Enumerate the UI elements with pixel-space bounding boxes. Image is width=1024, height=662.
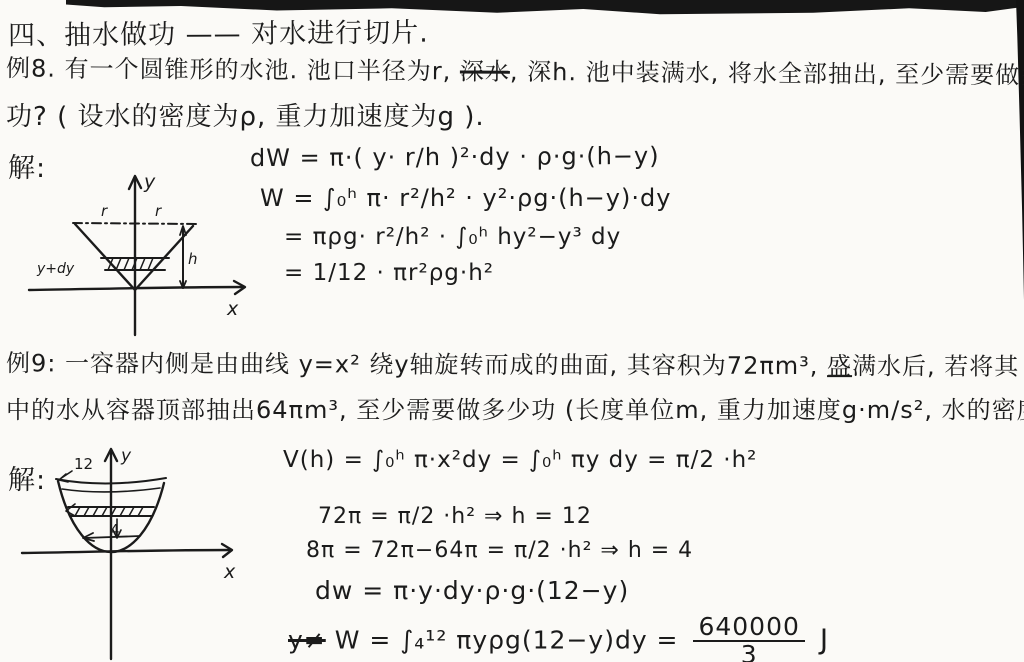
bowl-x-axis-label: x — [223, 561, 236, 583]
notebook-page: 四、抽水做功 —— 对水进行切片. 例8. 有一个圆锥形的水池. 池口半径为r,… — [0, 0, 1024, 662]
example8-problem-line1-post: , 深h. 池中装满水, 将水全部抽出, 至少需要做多少 — [510, 58, 1024, 90]
example9-problem-line1: 例9: 一容器内侧是由曲线 y=x² 绕y轴旋转而成的曲面, 其容积为72πm³… — [6, 343, 1019, 382]
example9-equation-3: 8π = 72π−64π = π/2 ·h² ⇒ h = 4 — [306, 538, 693, 563]
example8-equation-4: = 1/12 · πr²ρg·h² — [284, 260, 494, 286]
fraction-denominator: 3 — [693, 642, 804, 662]
example9-final-equation: y≠ W = ∫₄¹² πyρg(12−y)dy = 6400003 J — [288, 614, 829, 662]
example8-problem-line1: 例8. 有一个圆锥形的水池. 池口半径为r, 深水, 深h. 池中装满水, 将水… — [6, 48, 1024, 90]
example9-equation-2: 72π = π/2 ·h² ⇒ h = 12 — [318, 504, 592, 529]
example8-equation-1: dW = π·( y· r/h )²·dy · ρ·g·(h−y) — [250, 142, 660, 172]
example9-problem-line1-pre: 例9: 一容器内侧是由曲线 y=x² 绕y轴旋转而成的曲面, 其容积为72πm³… — [6, 349, 827, 380]
example8-problem-line1-pre: 例8. 有一个圆锥形的水池. 池口半径为r, — [6, 54, 460, 85]
cone-y-axis-label: y — [143, 171, 156, 193]
cone-rim-line — [73, 223, 197, 224]
bowl-slice-left-arrow — [66, 504, 75, 516]
example8-equation-2: W = ∫₀ʰ π· r²/h² · y²·ρg·(h−y)·dy — [260, 184, 671, 212]
example9-underlined-char: 盛 — [827, 352, 852, 380]
cone-rim-right-label: r — [155, 202, 162, 220]
example8-scribbled-text: 深水 — [460, 57, 510, 85]
page-title: 四、抽水做功 —— 对水进行切片. — [8, 11, 429, 53]
example8-problem-line2: 功? ( 设水的密度为ρ, 重力加速度为g ). — [6, 96, 485, 133]
parabola-diagram: y x 12 4 — [0, 445, 270, 662]
example9-problem-line1-post: 满水后, 若将其 — [852, 352, 1019, 381]
example9-final-fraction: 6400003 — [693, 614, 804, 662]
cone-rim-left-label: r — [101, 202, 108, 220]
cone-slice-label: y+dy — [36, 261, 75, 277]
bowl-y-axis-label: y — [120, 446, 132, 466]
bowl-rim-label: 12 — [74, 455, 93, 473]
example9-final-strikeout: y≠ — [288, 625, 326, 654]
cone-x-axis-label: x — [226, 298, 239, 320]
example9-equation-1: V(h) = ∫₀ʰ π·x²dy = ∫₀ʰ πy dy = π/2 ·h² — [283, 447, 757, 473]
cone-depth-label: h — [188, 250, 198, 268]
example9-final-unit: J — [820, 622, 829, 655]
example9-problem-line2: 中的水从容器顶部抽出64πm³, 至少需要做多少功 (长度单位m, 重力加速度g… — [6, 390, 1024, 425]
fraction-numerator: 640000 — [693, 614, 804, 642]
example9-final-body: W = ∫₄¹² πyρg(12−y)dy = — [335, 625, 679, 654]
bowl-x-axis — [22, 550, 231, 553]
example8-equation-3: = πρg· r²/h² · ∫₀ʰ hy²−y³ dy — [284, 224, 621, 250]
bowl-slice-hatching — [75, 507, 143, 516]
example9-equation-4: dw = π·y·dy·ρ·g·(12−y) — [315, 576, 629, 605]
scan-right-edge — [1008, 0, 1024, 300]
cone-diagram: y x r r h y+dy — [5, 160, 255, 340]
